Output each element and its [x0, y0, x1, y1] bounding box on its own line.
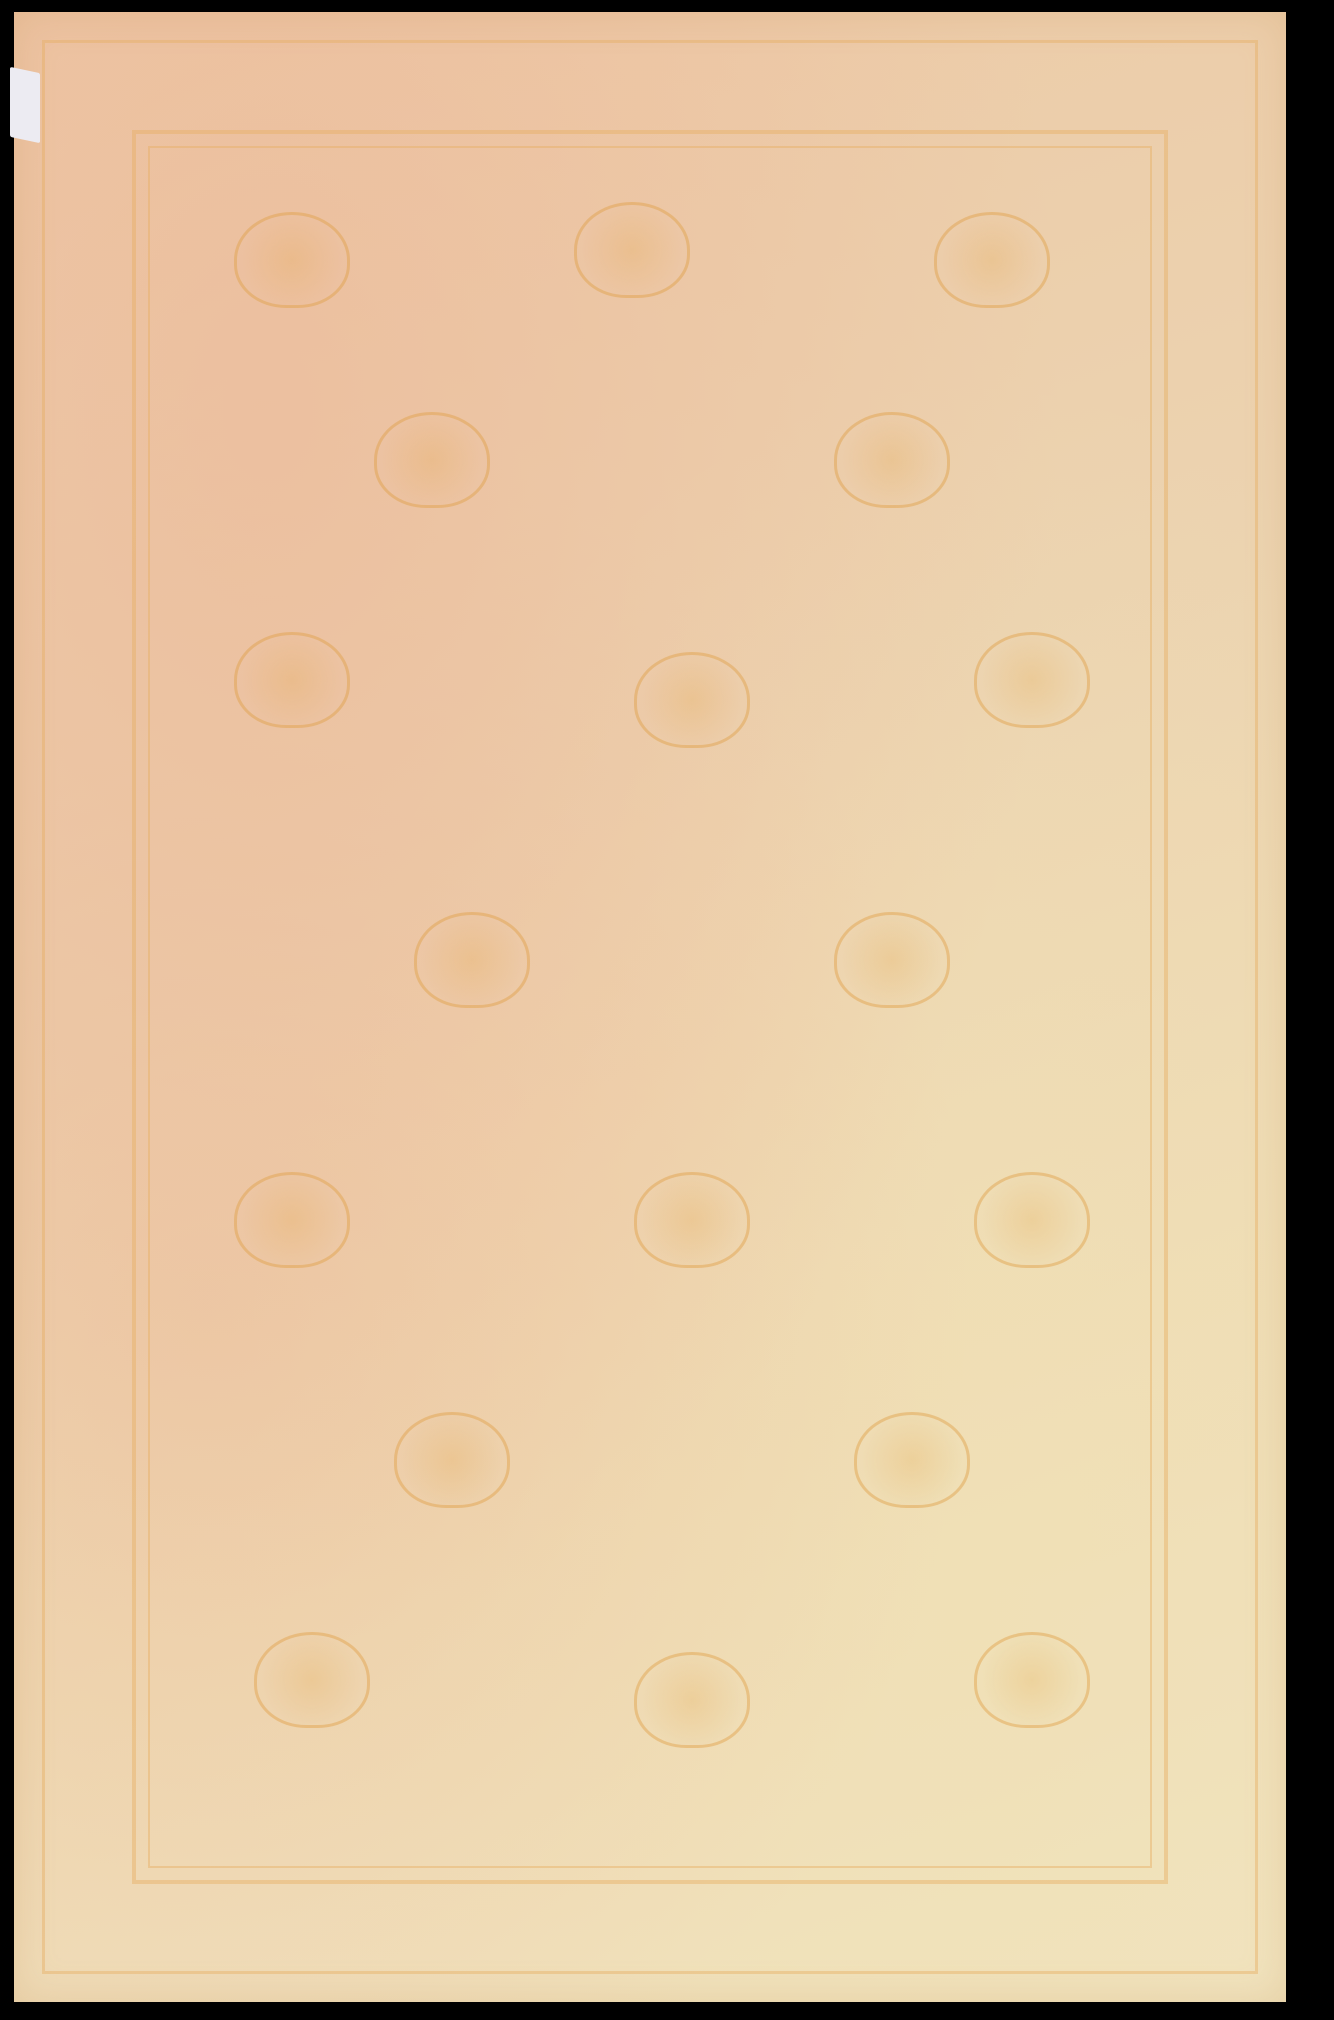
palmette-motif: [234, 1172, 350, 1268]
palmette-motif: [414, 912, 530, 1008]
palmette-motif: [634, 652, 750, 748]
palmette-motif: [974, 1172, 1090, 1268]
palmette-motif: [834, 912, 950, 1008]
palmette-motif: [934, 212, 1050, 308]
palmette-motif: [834, 412, 950, 508]
palmette-motif: [854, 1412, 970, 1508]
palmette-motif: [254, 1632, 370, 1728]
rug: [14, 12, 1286, 2002]
rug-tag: [10, 67, 40, 143]
palmette-motif: [974, 632, 1090, 728]
palmette-motif: [974, 1632, 1090, 1728]
palmette-motif: [374, 412, 490, 508]
palmette-motif: [574, 202, 690, 298]
palmette-motif: [234, 632, 350, 728]
inner-guard-stripe: [148, 146, 1152, 1868]
palmette-motif: [234, 212, 350, 308]
palmette-motif: [394, 1412, 510, 1508]
palmette-motif: [634, 1652, 750, 1748]
palmette-motif: [634, 1172, 750, 1268]
